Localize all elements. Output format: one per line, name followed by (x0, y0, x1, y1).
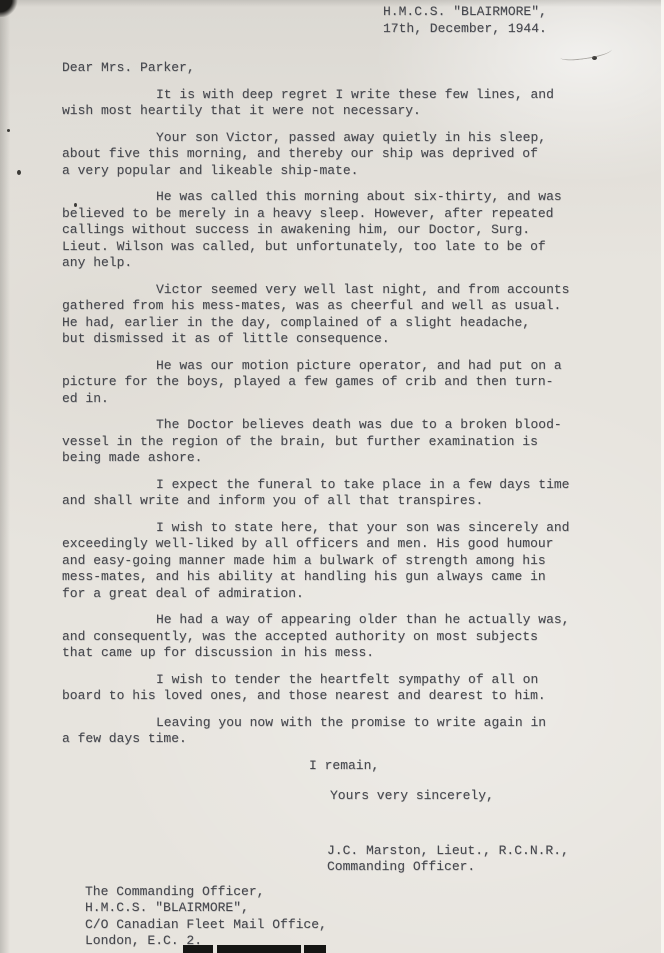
scan-corner-shadow (0, 0, 18, 17)
letter-paragraph: He had a way of appearing older than he … (62, 612, 606, 662)
paper-speck (74, 203, 77, 207)
scan-artifact-bar (183, 945, 213, 953)
scan-edge-shadow-left (0, 0, 10, 953)
address-line: London, E.C. 2. (85, 933, 606, 950)
letter-date: 17th, December, 1944. (383, 21, 547, 38)
letter-paragraph: He was called this morning about six-thi… (62, 189, 606, 272)
signature-name: J.C. Marston, Lieut., R.C.N.R., (327, 843, 606, 860)
letter-paragraph: The Doctor believes death was due to a b… (62, 417, 606, 467)
sender-address-block: The Commanding Officer, H.M.C.S. "BLAIRM… (85, 884, 606, 950)
address-line: The Commanding Officer, (85, 884, 606, 901)
address-line: H.M.C.S. "BLAIRMORE", (85, 900, 606, 917)
scan-artifact-bar (304, 945, 326, 953)
scan-artifact-bar (217, 945, 301, 953)
paper-speck (17, 170, 21, 175)
letter-paragraph: I expect the funeral to take place in a … (62, 477, 606, 510)
letter-paragraph: It is with deep regret I write these few… (62, 87, 606, 120)
letter-paragraph: Victor seemed very well last night, and … (62, 282, 606, 348)
signature-block: J.C. Marston, Lieut., R.C.N.R., Commandi… (327, 843, 606, 876)
scan-edge-shadow-top (0, 0, 664, 7)
letter-body: Dear Mrs. Parker, It is with deep regret… (62, 60, 606, 950)
paper-speck (7, 129, 10, 132)
signature-title: Commanding Officer. (327, 859, 606, 876)
letter-paragraph: He was our motion picture operator, and … (62, 358, 606, 408)
letterhead: H.M.C.S. "BLAIRMORE", 17th, December, 19… (383, 4, 547, 37)
salutation: Dear Mrs. Parker, (62, 60, 606, 77)
letter-paragraph: I wish to tender the heartfelt sympathy … (62, 672, 606, 705)
closing-i-remain: I remain, (309, 758, 606, 775)
letter-paragraph: Leaving you now with the promise to writ… (62, 715, 606, 748)
address-line: C/O Canadian Fleet Mail Office, (85, 917, 606, 934)
letter-paragraph: I wish to state here, that your son was … (62, 520, 606, 603)
letter-paragraph: Your son Victor, passed away quietly in … (62, 130, 606, 180)
closing-sincerely: Yours very sincerely, (330, 788, 606, 805)
letter-document: H.M.C.S. "BLAIRMORE", 17th, December, 19… (0, 0, 664, 953)
